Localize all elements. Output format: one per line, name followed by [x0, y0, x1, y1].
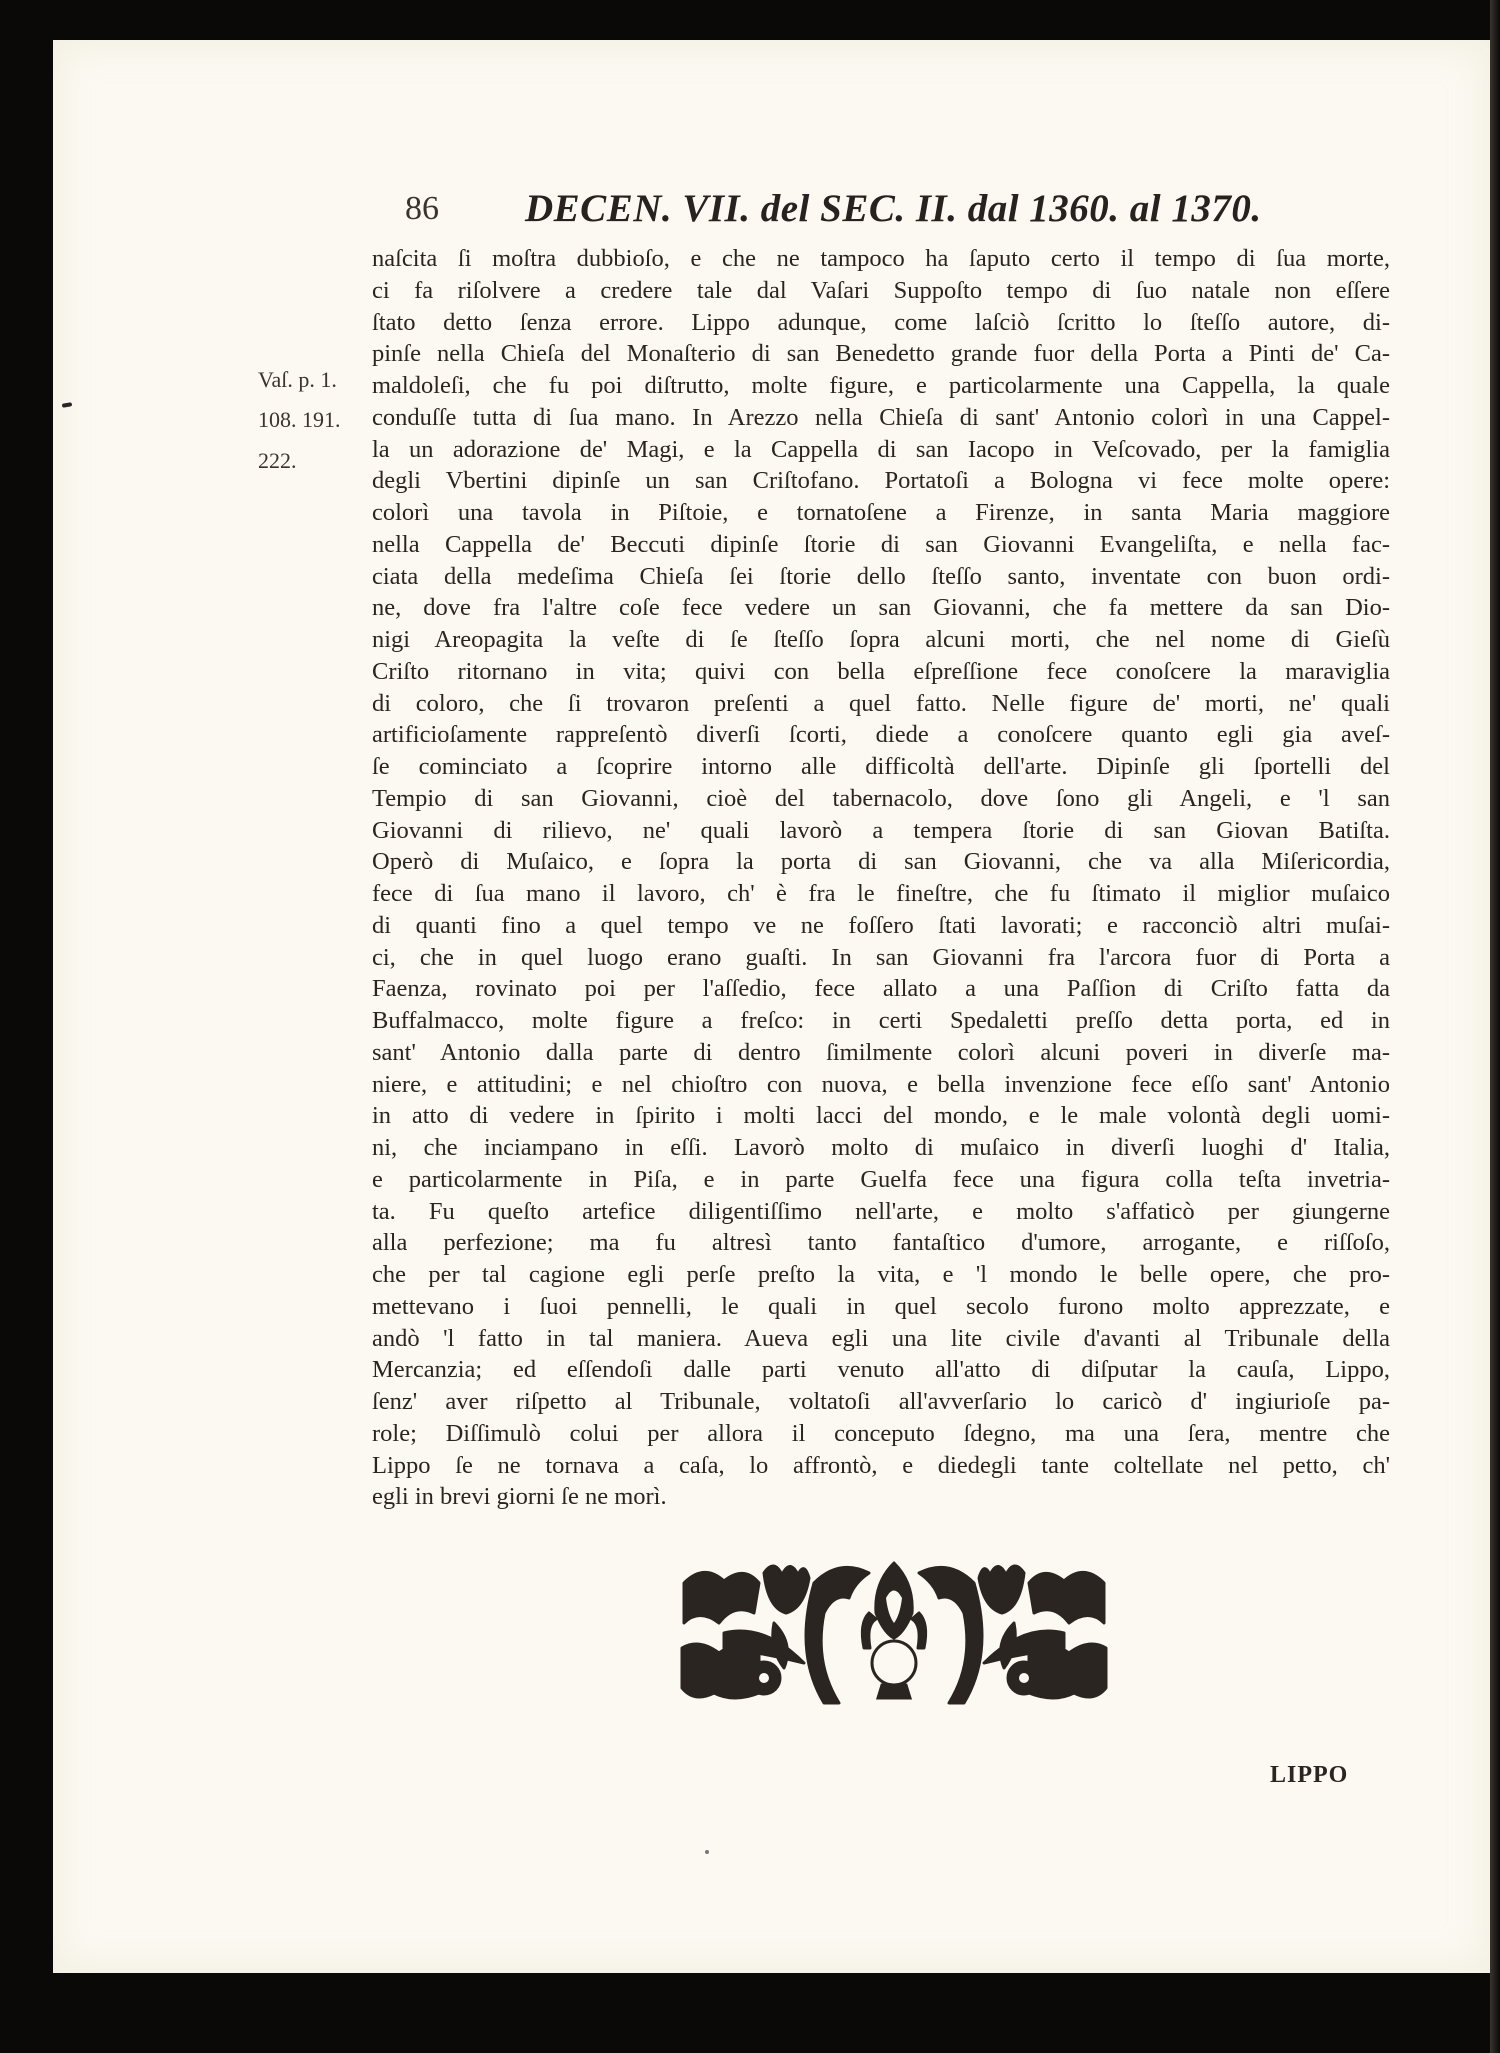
- text-line: di coloro, che ſi trovaron preſenti a qu…: [372, 688, 1390, 720]
- floral-vase-tailpiece-icon: [664, 1553, 1124, 1721]
- text-line: ſtato detto ſenza errore. Lippo adunque,…: [372, 307, 1390, 339]
- text-line: degli Vbertini dipinſe un san Criſtofano…: [372, 465, 1390, 497]
- text-line: che per tal cagione egli perſe preſto la…: [372, 1259, 1390, 1291]
- margin-note: Vaſ. p. 1.: [258, 360, 368, 400]
- text-line: Lippo ſe ne tornava a caſa, lo affrontò,…: [372, 1450, 1390, 1482]
- text-line: role; Diſſimulò colui per allora il conc…: [372, 1418, 1390, 1450]
- text-line: ne, dove fra l'altre coſe fece vedere un…: [372, 592, 1390, 624]
- text-line: ni, che inciampano in eſſi. Lavorò molto…: [372, 1132, 1390, 1164]
- text-line: fece di ſua mano il lavoro, ch' è fra le…: [372, 878, 1390, 910]
- text-line: ci fa riſolvere a credere tale dal Vaſar…: [372, 275, 1390, 307]
- text-line: ſe cominciato a ſcoprire intorno alle di…: [372, 751, 1390, 783]
- text-line: maldoleſi, che fu poi diſtrutto, molte f…: [372, 370, 1390, 402]
- text-line: Giovanni di rilievo, ne' quali lavorò a …: [372, 815, 1390, 847]
- text-line: andò 'l fatto in tal maniera. Aueva egli…: [372, 1323, 1390, 1355]
- text-line: ciata della medeſima Chieſa ſei ſtorie d…: [372, 561, 1390, 593]
- text-line: la un adorazione de' Magi, e la Cappella…: [372, 434, 1390, 466]
- text-line: nella Cappella de' Beccuti dipinſe ſtori…: [372, 529, 1390, 561]
- running-head: DECEN. VII. del SEC. II. dal 1360. al 13…: [525, 186, 1262, 231]
- margin-note: 108. 191.: [258, 400, 368, 440]
- text-line: Tempio di san Giovanni, cioè del taberna…: [372, 783, 1390, 815]
- text-line: artificioſamente rappreſentò diverſi ſco…: [372, 719, 1390, 751]
- text-line: ſenz' aver riſpetto al Tribunale, voltat…: [372, 1386, 1390, 1418]
- body-text: naſcita ſi moſtra dubbioſo, e che ne tam…: [372, 243, 1390, 1513]
- text-line: ta. Fu queſto artefice diligentiſſimo ne…: [372, 1196, 1390, 1228]
- catchword: LIPPO: [1270, 1762, 1348, 1789]
- text-line: Criſto ritornano in vita; quivi con bell…: [372, 656, 1390, 688]
- page-number: 86: [405, 190, 439, 228]
- text-line: mettevano i ſuoi pennelli, le quali in q…: [372, 1291, 1390, 1323]
- text-line: nigi Areopagita la veſte di ſe ſteſſo ſo…: [372, 624, 1390, 656]
- margin-notes: Vaſ. p. 1. 108. 191. 222.: [258, 360, 368, 481]
- text-line: in atto di vedere in ſpirito i molti lac…: [372, 1100, 1390, 1132]
- text-line: naſcita ſi moſtra dubbioſo, e che ne tam…: [372, 243, 1390, 275]
- margin-note: 222.: [258, 441, 368, 481]
- paper-speck: [705, 1850, 709, 1854]
- text-line: niere, e attitudini; e nel chioſtro con …: [372, 1069, 1390, 1101]
- text-line: ci, che in quel luogo erano guaſti. In s…: [372, 942, 1390, 974]
- page-header: 86 DECEN. VII. del SEC. II. dal 1360. al…: [405, 186, 1405, 236]
- page-edge-shadow: [1490, 0, 1500, 2053]
- text-line: Buffalmacco, molte figure a freſco: in c…: [372, 1005, 1390, 1037]
- text-line: Faenza, rovinato poi per l'aſſedio, fece…: [372, 973, 1390, 1005]
- text-line: Operò di Muſaico, e ſopra la porta di sa…: [372, 846, 1390, 878]
- text-line: colorì una tavola in Piſtoie, e tornatoſ…: [372, 497, 1390, 529]
- text-line: conduſſe tutta di ſua mano. In Arezzo ne…: [372, 402, 1390, 434]
- text-line: sant' Antonio dalla parte di dentro ſimi…: [372, 1037, 1390, 1069]
- text-line: alla perfezione; ma fu altresì tanto fan…: [372, 1227, 1390, 1259]
- text-line: di quanti fino a quel tempo ve ne foſſer…: [372, 910, 1390, 942]
- text-line: pinſe nella Chieſa del Monaſterio di san…: [372, 338, 1390, 370]
- text-line: Mercanzia; ed eſſendoſi dalle parti venu…: [372, 1354, 1390, 1386]
- text-line: egli in brevi giorni ſe ne morì.: [372, 1481, 1390, 1513]
- text-line: e particolarmente in Piſa, e in parte Gu…: [372, 1164, 1390, 1196]
